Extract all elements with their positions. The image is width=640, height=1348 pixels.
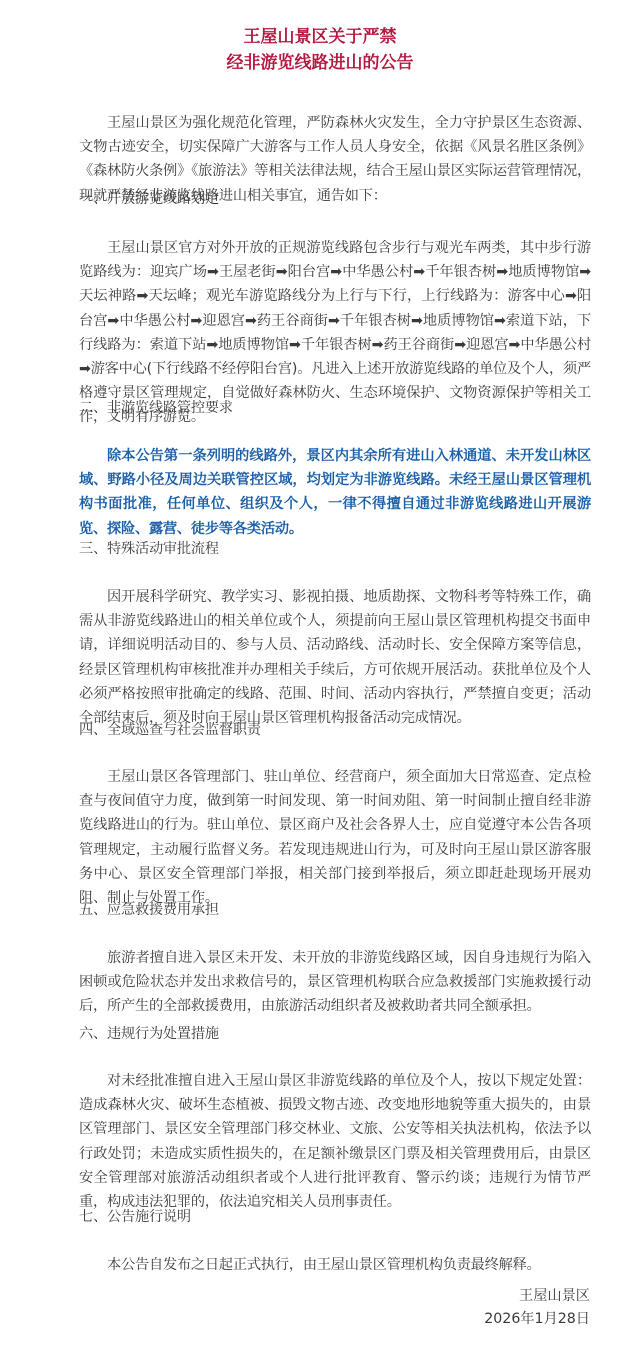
section-2-body: 除本公告第一条列明的线路外，景区内其余所有进山入林通道、未开发山林区域、野路小径… [79, 444, 591, 541]
document-title: 王屋山景区关于严禁 经非游览线路进山的公告 [0, 24, 640, 76]
section-4-heading: 四、全域巡查与社会监督职责 [79, 718, 591, 742]
title-line-2: 经非游览线路进山的公告 [0, 50, 640, 76]
section-5-heading: 五、应急救援费用承担 [79, 898, 591, 922]
section-6-heading: 六、违规行为处置措施 [79, 1022, 591, 1046]
section-2-heading: 二、非游览线路管控要求 [79, 396, 591, 420]
section-7-body: 本公告自发布之日起正式执行，由王屋山景区管理机构负责最终解释。 [79, 1253, 591, 1277]
title-line-1: 王屋山景区关于严禁 [0, 24, 640, 50]
section-3-heading: 三、特殊活动审批流程 [79, 537, 591, 561]
section-1-heading: 一、开放游览线路划定 [79, 187, 591, 211]
signature-date: 2026年1月28日 [484, 1307, 590, 1331]
section-7-heading: 七、公告施行说明 [79, 1205, 591, 1229]
section-6-body: 对未经批准擅自进入王屋山景区非游览线路的单位及个人，按以下规定处置：造成森林火灾… [79, 1069, 591, 1214]
section-5-body: 旅游者擅自进入景区未开发、未开放的非游览线路区域，因自身违规行为陷入困顿或危险状… [79, 946, 591, 1019]
section-3-body: 因开展科学研究、教学实习、影视拍摄、地质勘探、文物科考等特殊工作，确需从非游览线… [79, 585, 591, 730]
section-4-body: 王屋山景区各管理部门、驻山单位、经营商户，须全面加大日常巡查、定点检查与夜间值守… [79, 765, 591, 910]
signature-org: 王屋山景区 [519, 1284, 590, 1308]
